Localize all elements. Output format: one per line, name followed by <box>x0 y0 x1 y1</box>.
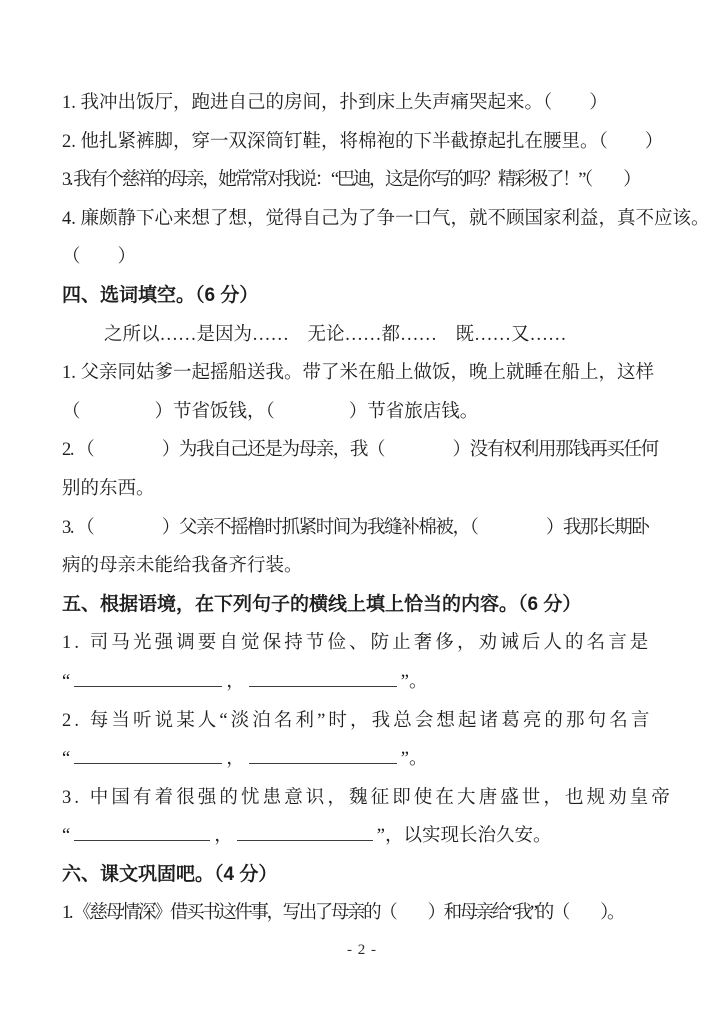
section5-q1-answer-line: “，”。 <box>62 663 662 702</box>
answer-blank-underline <box>237 836 373 841</box>
section4-heading: 四、选词填空。（6 分） <box>62 277 662 316</box>
open-quote: “ <box>62 672 70 692</box>
test-paper-page: 1. 我冲出饭厅，跑进自己的房间，扑到床上失声痛哭起来。（ ） 2. 他扎紧裤脚… <box>0 0 724 1024</box>
section4-item-3-line-2: 病的母亲未能给我备齐行装。 <box>62 547 662 586</box>
close-quote: ”。 <box>401 749 428 769</box>
section3-item-2: 2. 他扎紧裤脚，穿一双深筒钉鞋，将棉袍的下半截撩起扎在腰里。（ ） <box>62 123 662 162</box>
close-quote-and-tail: ”，以实现长治久安。 <box>377 826 552 846</box>
section5-q2-answer-line: “，”。 <box>62 740 662 779</box>
answer-blank-underline <box>249 759 397 764</box>
section3-item-4: 4. 廉颇静下心来想了想，觉得自己为了争一口气，就不顾国家利益，真不应该。 <box>62 200 662 239</box>
answer-blank-underline <box>74 682 222 687</box>
close-quote: ”。 <box>401 672 428 692</box>
answer-blank-underline <box>74 836 210 841</box>
section4-item-1-line-1: 1. 父亲同姑爹一起摇船送我。带了米在船上做饭，晚上就睡在船上，这样 <box>62 354 662 393</box>
open-quote: “ <box>62 826 70 846</box>
answer-blank-underline <box>74 759 222 764</box>
section5-heading: 五、根据语境，在下列句子的横线上填上恰当的内容。（6 分） <box>62 586 662 625</box>
separator-comma: ， <box>226 749 245 769</box>
page-number: - 2 - <box>0 942 724 959</box>
section6-item-1: 1. 《慈母情深》借买书这件事，写出了母亲的（ ）和母亲给“我”的（ ）。 <box>62 894 662 933</box>
answer-blank-underline <box>249 682 397 687</box>
section4-word-bank: 之所以……是因为…… 无论……都…… 既……又…… <box>62 316 662 355</box>
section4-item-2-line-2: 别的东西。 <box>62 470 662 509</box>
section6-heading: 六、课文巩固吧。（4 分） <box>62 856 662 895</box>
section3-item-4-answer-parens: （ ） <box>62 238 662 277</box>
section3-item-1: 1. 我冲出饭厅，跑进自己的房间，扑到床上失声痛哭起来。（ ） <box>62 84 662 123</box>
section5-q1-stem: 1. 司马光强调要自觉保持节俭、防止奢侈，劝诫后人的名言是 <box>62 624 662 663</box>
section3-item-3: 3. 我有个慈祥的母亲，她常常对我说：“巴迪，这是你写的吗？精彩极了！”（ ） <box>62 161 662 200</box>
section5-q3-answer-line: “，”，以实现长治久安。 <box>62 817 662 856</box>
open-quote: “ <box>62 749 70 769</box>
section4-item-1-line-2: （ ）节省饭钱，（ ）节省旅店钱。 <box>62 393 662 432</box>
section5-q2-stem: 2. 每当听说某人“淡泊名利”时，我总会想起诸葛亮的那句名言 <box>62 702 662 741</box>
section5-q3-stem: 3. 中国有着很强的忧患意识，魏征即使在大唐盛世，也规劝皇帝 <box>62 779 662 818</box>
separator-comma: ， <box>214 826 233 846</box>
separator-comma: ， <box>226 672 245 692</box>
section4-item-2-line-1: 2. （ ）为我自己还是为母亲，我（ ）没有权利用那钱再买任何 <box>62 431 662 470</box>
section4-item-3-line-1: 3. （ ）父亲不摇橹时抓紧时间为我缝补棉被，（ ）我那长期卧 <box>62 509 662 548</box>
